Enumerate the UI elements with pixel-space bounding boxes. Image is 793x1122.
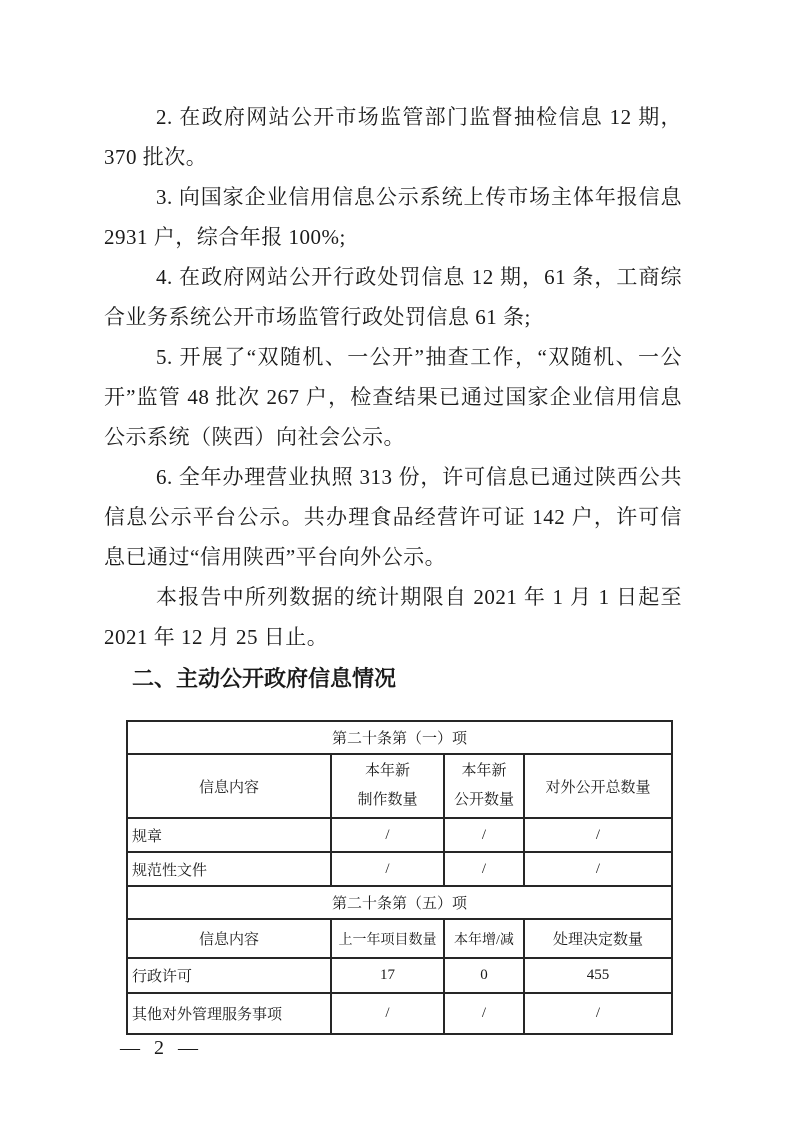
header-cell-info-content: 信息内容 [127, 919, 331, 958]
table-caption-article20-5: 第二十条第（五）项 [127, 886, 672, 919]
table-cell: 规范性文件 [127, 852, 331, 886]
table-header-row: 信息内容 上一年项目数量 本年增/减 处理决定数量 [127, 919, 672, 958]
header-cell-last-year-items: 上一年项目数量 [331, 919, 444, 958]
table-cell: / [524, 993, 672, 1034]
table-cell: / [444, 993, 524, 1034]
header-line: 制作数量 [336, 786, 439, 815]
paragraph-random-inspection: 5. 开展了“双随机、一公开”抽查工作，“双随机、一公开”监管 48 批次 26… [104, 337, 682, 457]
table-cell: / [331, 818, 444, 852]
paragraph-annual-report: 3. 向国家企业信用信息公示系统上传市场主体年报信息 2931 户，综合年报 1… [104, 177, 682, 257]
header-cell-new-published: 本年新 公开数量 [444, 754, 524, 818]
page-number: — 2 — [120, 1037, 198, 1060]
table-cell: 其他对外管理服务事项 [127, 993, 331, 1034]
table-row-normative-documents: 规范性文件 / / / [127, 852, 672, 886]
table-cell: 17 [331, 958, 444, 993]
paragraph-statistics-period: 本报告中所列数据的统计期限自 2021 年 1 月 1 日起至 2021 年 1… [104, 577, 682, 657]
paragraph-supervision-sampling: 2. 在政府网站公开市场监管部门监督抽检信息 12 期，370 批次。 [104, 97, 682, 177]
header-cell-info-content: 信息内容 [127, 754, 331, 818]
header-line: 公开数量 [449, 786, 519, 815]
table-cell: / [444, 852, 524, 886]
table-cell: / [331, 852, 444, 886]
table-row-regulations: 规章 / / / [127, 818, 672, 852]
table-cell: 行政许可 [127, 958, 331, 993]
table-row-admin-license: 行政许可 17 0 455 [127, 958, 672, 993]
header-line: 本年新 [449, 757, 519, 786]
header-cell-year-change: 本年增/减 [444, 919, 524, 958]
table-caption-row: 第二十条第（一）项 [127, 721, 672, 754]
table-cell: / [524, 852, 672, 886]
table-cell: 规章 [127, 818, 331, 852]
table-cell: 455 [524, 958, 672, 993]
table-caption-row: 第二十条第（五）项 [127, 886, 672, 919]
header-line: 本年新 [336, 757, 439, 786]
section-heading: 二、主动公开政府信息情况 [104, 659, 682, 699]
document-page: 2. 在政府网站公开市场监管部门监督抽检信息 12 期，370 批次。 3. 向… [0, 0, 793, 1122]
table-cell: / [444, 818, 524, 852]
paragraph-business-license: 6. 全年办理营业执照 313 份，许可信息已通过陕西公共信息公示平台公示。共办… [104, 457, 682, 577]
document-content: 2. 在政府网站公开市场监管部门监督抽检信息 12 期，370 批次。 3. 向… [104, 97, 682, 1035]
table-row-other-services: 其他对外管理服务事项 / / / [127, 993, 672, 1034]
table-cell: 0 [444, 958, 524, 993]
header-cell-new-made: 本年新 制作数量 [331, 754, 444, 818]
disclosure-table: 第二十条第（一）项 信息内容 本年新 制作数量 本年新 公开数量 对外公开总数量… [126, 720, 673, 1035]
table-cell: / [331, 993, 444, 1034]
paragraph-admin-penalty: 4. 在政府网站公开行政处罚信息 12 期，61 条，工商综合业务系统公开市场监… [104, 257, 682, 337]
table-header-row: 信息内容 本年新 制作数量 本年新 公开数量 对外公开总数量 [127, 754, 672, 818]
table-caption-article20-1: 第二十条第（一）项 [127, 721, 672, 754]
table-cell: / [524, 818, 672, 852]
header-cell-decisions: 处理决定数量 [524, 919, 672, 958]
header-cell-total-public: 对外公开总数量 [524, 754, 672, 818]
